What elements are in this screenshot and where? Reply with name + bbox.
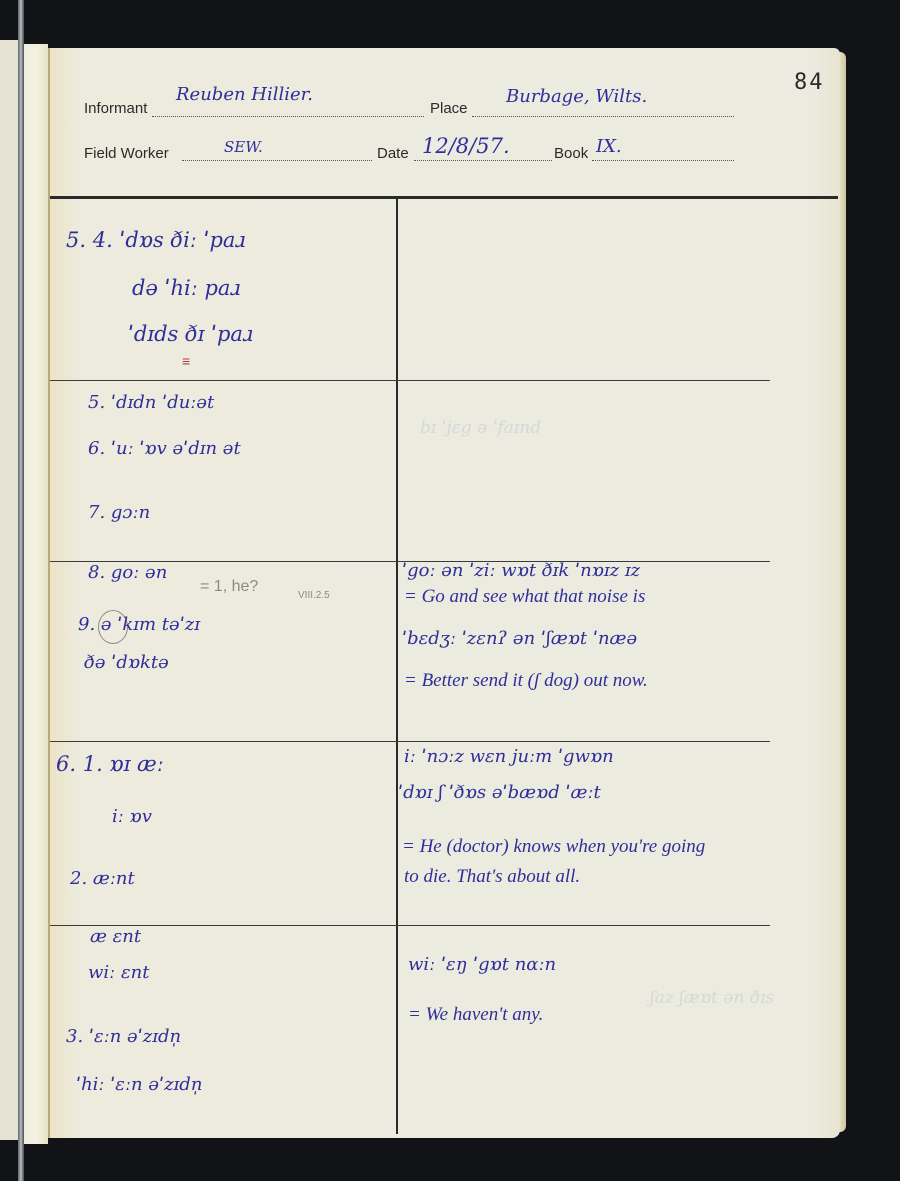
- entry-line: 5. 4. ˈdɒs ðiː ˈpaɹ: [66, 228, 246, 252]
- row-divider: [50, 925, 770, 926]
- entry-line: 6. ˈuː ˈɒv ǝˈdɪn ǝt: [88, 438, 241, 459]
- book-value: IX.: [596, 136, 622, 157]
- gloss-line: to die. That's about all.: [404, 866, 580, 888]
- bleed-through-text: ʃaz ʃæɒt ǝn ðɪs: [650, 988, 774, 1008]
- page-number: 84: [794, 70, 825, 95]
- entry-line: 8. goː ǝn: [88, 562, 167, 583]
- gloss-line: = We haven't any.: [408, 1004, 543, 1026]
- entry-line: ðǝ ˈdɒktǝ: [84, 652, 169, 673]
- gloss-line: = He (doctor) knows when you're going: [402, 836, 705, 858]
- pencil-note: = 1, he?: [200, 578, 258, 596]
- informant-label: Informant: [84, 100, 147, 117]
- gloss-line: = Go and see what that noise is: [404, 586, 645, 608]
- transcription-line: iː ˈnɔːz wɛn juːm ˈgwɒn: [404, 746, 614, 767]
- entry-line: dǝ ˈhiː paɹ: [132, 276, 241, 300]
- red-underline-mark: ≡: [182, 354, 190, 368]
- entry-line: iː ɒv: [112, 806, 152, 827]
- informant-line: [152, 116, 424, 117]
- entry-line: 2. æːnt: [70, 868, 135, 889]
- entry-line: 5. ˈdɪdn ˈduːǝt: [88, 392, 214, 413]
- date-value: 12/8/57.: [422, 134, 510, 158]
- header-divider: [50, 196, 838, 199]
- book-label: Book: [554, 145, 588, 162]
- field-worker-line: [182, 160, 372, 161]
- transcription-line: ˈbɛdʒː ˈzɛnʔ ǝn ˈʃæɒt ˈnæǝ: [402, 628, 637, 649]
- pencil-reference: VIII.2.5: [298, 590, 330, 601]
- column-divider: [396, 198, 398, 1134]
- entry-line: 9. ǝ ˈkɪm tǝˈzɪ: [78, 614, 200, 635]
- book-line: [592, 160, 734, 161]
- entry-line: ˈdɪds ðɪ ˈpaɹ: [128, 322, 253, 346]
- entry-line: wiː ɛnt: [88, 962, 149, 983]
- entry-line: 6. 1. ɒɪ æː: [56, 752, 164, 776]
- entry-line: 3. ˈɛːn ǝˈzɪdn̩: [66, 1026, 181, 1047]
- row-divider: [50, 380, 770, 381]
- entry-line: 7. gɔːn: [88, 502, 150, 523]
- place-value: Burbage, Wilts.: [506, 86, 647, 107]
- entry-line: ˈhiː ˈɛːn ǝˈzɪdn̩: [76, 1074, 202, 1095]
- place-line: [472, 116, 734, 117]
- field-worker-value: SEW.: [224, 138, 263, 156]
- transcription-line: ˈdɒɪ ʃ ˈðɒs ǝˈbæɒd ˈæːt: [398, 782, 601, 803]
- transcription-line: ˈgoː ǝn ˈziː wɒt ðɪk ˈnɒɪz ɪz: [402, 560, 640, 581]
- entry-line: æ ɛnt: [90, 926, 141, 947]
- date-label: Date: [377, 145, 409, 162]
- row-divider: [50, 741, 770, 742]
- date-line: [414, 160, 552, 161]
- field-worker-label: Field Worker: [84, 145, 169, 162]
- gloss-line: = Better send it (ʃ dog) out now.: [404, 670, 648, 692]
- informant-value: Reuben Hillier.: [176, 84, 313, 105]
- bleed-through-text: bɪ ˈjɛg ǝ ˈfaɪnd: [420, 418, 541, 438]
- binding-strip: [24, 44, 48, 1144]
- place-label: Place: [430, 100, 468, 117]
- transcription-line: wiː ˈɛŋ ˈgɒt nɑːn: [408, 954, 556, 975]
